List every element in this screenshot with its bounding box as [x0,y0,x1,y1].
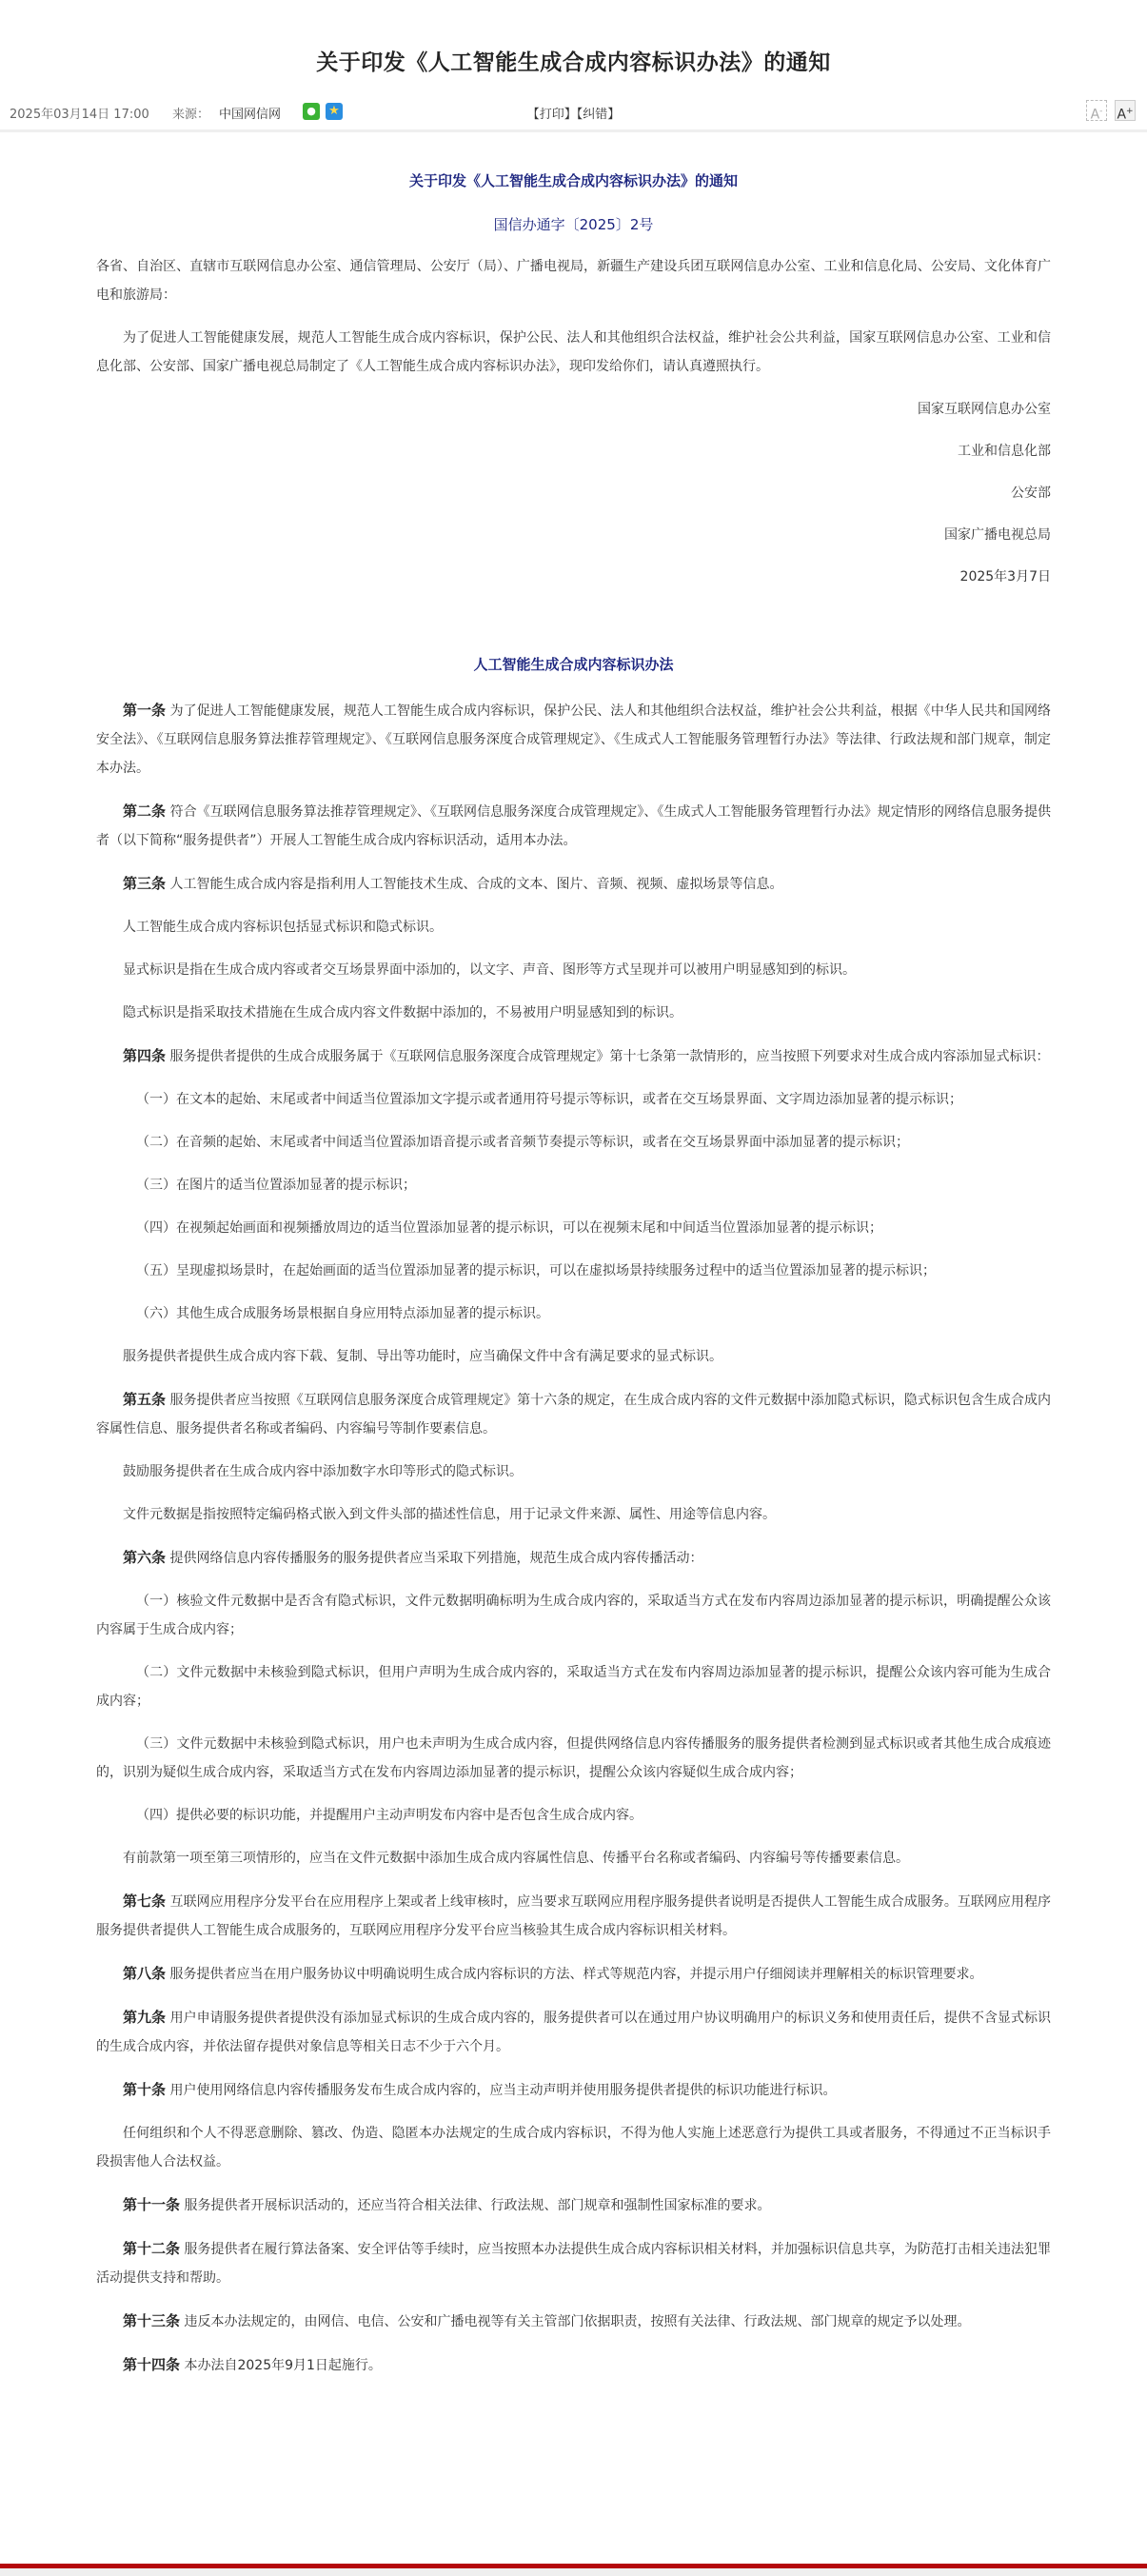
notice-date: 2025年3月7日 [96,563,1051,591]
article-paragraph: 第十三条 违反本办法规定的，由网信、电信、公安和广播电视等有关主管部门依据职责，… [96,2307,1051,2336]
article-list-item: （五）呈现虚拟场景时，在起始画面的适当位置添加显著的提示标识，可以在虚拟场景持续… [96,1257,1051,1285]
article-text: 文件元数据是指按照特定编码格式嵌入到文件头部的描述性信息，用于记录文件来源、属性… [123,1507,776,1522]
qzone-icon[interactable]: ★ [326,103,343,120]
article-list-item: （一）核验文件元数据中是否含有隐式标识，文件元数据明确标明为生成合成内容的，采取… [96,1587,1051,1644]
article-text: （一）在文本的起始、末尾或者中间适当位置添加文字提示或者通用符号提示等标识，或者… [136,1092,962,1107]
article-text: 隐式标识是指采取技术措施在生成合成内容文件数据中添加的，不易被用户明显感知到的标… [123,1005,682,1020]
page-title: 关于印发《人工智能生成合成内容标识办法》的通知 [0,45,1147,76]
article-text: （二）在音频的起始、末尾或者中间适当位置添加语音提示或者音频节奏提示等标识，或者… [136,1135,909,1150]
article-label: 第五条 [123,1391,166,1408]
wechat-icon[interactable]: ● [303,103,320,120]
article-text: 人工智能生成合成内容标识包括显式标识和隐式标识。 [123,920,443,935]
article-label: 第九条 [123,2009,166,2026]
article-text: 服务提供者提供的生成合成服务属于《互联网信息服务深度合成管理规定》第十七条第一款… [169,1049,1049,1064]
font-increase-button[interactable]: A+ [1115,100,1136,121]
article-paragraph: 第六条 提供网络信息内容传播服务的服务提供者应当采取下列措施，规范生成合成内容传… [96,1543,1051,1573]
font-increase-label: A [1117,108,1126,123]
article-label: 第八条 [123,1965,166,1982]
article-text: 符合《互联网信息服务算法推荐管理规定》、《互联网信息服务深度合成管理规定》、《生… [96,804,1051,848]
print-link[interactable]: 【打印】 [527,108,577,122]
article-text: 互联网应用程序分发平台在应用程序上架或者上线审核时，应当要求互联网应用程序服务提… [96,1894,1051,1938]
article-list-item: （二）文件元数据中未核验到隐式标识，但用户声明为生成合成内容的，采取适当方式在发… [96,1658,1051,1715]
article-paragraph: 第十一条 服务提供者开展标识活动的，还应当符合相关法律、行政法规、部门规章和强制… [96,2190,1051,2220]
article-list-item: （二）在音频的起始、末尾或者中间适当位置添加语音提示或者音频节奏提示等标识，或者… [96,1128,1051,1157]
article-text: （三）在图片的适当位置添加显著的提示标识； [136,1178,416,1193]
article-text: （四）在视频起始画面和视频播放周边的适当位置添加显著的提示标识，可以在视频末尾和… [136,1220,882,1236]
article-paragraph: 第九条 用户申请服务提供者提供没有添加显式标识的生成合成内容的，服务提供者可以在… [96,2003,1051,2061]
article-text: 有前款第一项至第三项情形的，应当在文件元数据中添加生成合成内容属性信息、传播平台… [123,1851,909,1866]
article-label: 第二条 [123,803,166,820]
article-text: （一）核验文件元数据中是否含有隐式标识，文件元数据明确标明为生成合成内容的，采取… [96,1594,1051,1637]
article-text: 本办法自2025年9月1日起施行。 [184,2358,381,2373]
article-text: 提供网络信息内容传播服务的服务提供者应当采取下列措施，规范生成合成内容传播活动： [169,1551,702,1566]
article-paragraph: 第二条 符合《互联网信息服务算法推荐管理规定》、《互联网信息服务深度合成管理规定… [96,797,1051,855]
article-label: 第三条 [123,875,166,892]
article-text: 为了促进人工智能健康发展，规范人工智能生成合成内容标识，保护公民、法人和其他组织… [96,703,1051,776]
article-meta-bar: 2025年03月14日 17:00 来源： 中国网信网 ● ★ 【打印】【纠错】… [0,99,1147,126]
article-label: 第一条 [123,702,166,719]
article-subparagraph: 鼓励服务提供者在生成合成内容中添加数字水印等形式的隐式标识。 [96,1457,1051,1486]
signatory: 公安部 [96,479,1051,507]
article-paragraph: 第十二条 服务提供者在履行算法备案、安全评估等手续时，应当按照本办法提供生成合成… [96,2234,1051,2292]
article-label: 第六条 [123,1549,166,1566]
article-paragraph: 第五条 服务提供者应当按照《互联网信息服务深度合成管理规定》第十六条的规定，在生… [96,1385,1051,1443]
article-subparagraph: 文件元数据是指按照特定编码格式嵌入到文件头部的描述性信息，用于记录文件来源、属性… [96,1500,1051,1529]
signatory: 国家广播电视总局 [96,521,1051,549]
article-list-item: （四）提供必要的标识功能，并提醒用户主动声明发布内容中是否包含生成合成内容。 [96,1801,1051,1830]
article-paragraph: 第四条 服务提供者提供的生成合成服务属于《互联网信息服务深度合成管理规定》第十七… [96,1041,1051,1071]
article-text: （六）其他生成合成服务场景根据自身应用特点添加显著的提示标识。 [136,1306,549,1321]
article-subparagraph: 服务提供者提供生成合成内容下载、复制、导出等功能时，应当确保文件中含有满足要求的… [96,1342,1051,1371]
article-label: 第十三条 [123,2312,180,2329]
article-text: 服务提供者提供生成合成内容下载、复制、导出等功能时，应当确保文件中含有满足要求的… [123,1349,722,1364]
signatory: 国家互联网信息办公室 [96,395,1051,424]
source-name: 中国网信网 [219,104,281,122]
article-text: 人工智能生成合成内容是指利用人工智能技术生成、合成的文本、图片、音频、视频、虚拟… [169,877,782,892]
article-text: 服务提供者开展标识活动的，还应当符合相关法律、行政法规、部门规章和强制性国家标准… [184,2198,770,2213]
article-text: （五）呈现虚拟场景时，在起始画面的适当位置添加显著的提示标识，可以在虚拟场景持续… [136,1263,936,1278]
addressees: 各省、自治区、直辖市互联网信息办公室、通信管理局、公安厅（局）、广播电视局，新疆… [96,252,1051,309]
article-list-item: （三）文件元数据中未核验到隐式标识，用户也未声明为生成合成内容，但提供网络信息内… [96,1730,1051,1787]
article-paragraph: 第十四条 本办法自2025年9月1日起施行。 [96,2350,1051,2380]
article-subparagraph: 有前款第一项至第三项情形的，应当在文件元数据中添加生成合成内容属性信息、传播平台… [96,1844,1051,1873]
article-text: （三）文件元数据中未核验到隐式标识，用户也未声明为生成合成内容，但提供网络信息内… [96,1736,1051,1780]
article-label: 第十条 [123,2081,166,2098]
publish-datetime: 2025年03月14日 17:00 [10,104,149,122]
signatory: 工业和信息化部 [96,437,1051,466]
font-decrease-button[interactable]: A- [1086,100,1107,121]
article-paragraph: 第十条 用户使用网络信息内容传播服务发布生成合成内容的，应当主动声明并使用服务提… [96,2075,1051,2105]
article-text: 用户使用网络信息内容传播服务发布生成合成内容的，应当主动声明并使用服务提供者提供… [169,2083,836,2098]
notice-body: 为了促进人工智能健康发展，规范人工智能生成合成内容标识，保护公民、法人和其他组织… [96,324,1051,381]
article-list-item: （六）其他生成合成服务场景根据自身应用特点添加显著的提示标识。 [96,1299,1051,1328]
article-list-item: （四）在视频起始画面和视频播放周边的适当位置添加显著的提示标识，可以在视频末尾和… [96,1214,1051,1242]
article-label: 第十四条 [123,2356,180,2373]
article-text: 服务提供者在履行算法备案、安全评估等手续时，应当按照本办法提供生成合成内容标识相… [96,2242,1051,2286]
article-text: 鼓励服务提供者在生成合成内容中添加数字水印等形式的隐式标识。 [123,1464,523,1479]
source-label: 来源： [172,104,209,122]
font-decrease-label: A [1091,108,1100,123]
article-paragraph: 第八条 服务提供者应当在用户服务协议中明确说明生成合成内容标识的方法、样式等规范… [96,1959,1051,1989]
article-label: 第四条 [123,1047,166,1064]
article-paragraph: 第七条 互联网应用程序分发平台在应用程序上架或者上线审核时，应当要求互联网应用程… [96,1887,1051,1945]
article-label: 第十二条 [123,2240,180,2257]
footer-gray-band [0,2568,1147,2576]
article-subparagraph: 显式标识是指在生成合成内容或者交互场景界面中添加的，以文字、声音、图形等方式呈现… [96,956,1051,984]
report-error-link[interactable]: 【纠错】 [577,108,621,122]
header-divider [0,129,1147,132]
article-subparagraph: 任何组织和个人不得恶意删除、篡改、伪造、隐匿本办法规定的生成合成内容标识，不得为… [96,2119,1051,2176]
article-text: 违反本办法规定的，由网信、电信、公安和广播电视等有关主管部门依据职责，按照有关法… [184,2314,970,2329]
article-label: 第十一条 [123,2196,180,2213]
article-subparagraph: 隐式标识是指采取技术措施在生成合成内容文件数据中添加的，不易被用户明显感知到的标… [96,999,1051,1027]
article-subparagraph: 人工智能生成合成内容标识包括显式标识和隐式标识。 [96,913,1051,941]
article-text: 显式标识是指在生成合成内容或者交互场景界面中添加的，以文字、声音、图形等方式呈现… [123,962,856,978]
article-text: 任何组织和个人不得恶意删除、篡改、伪造、隐匿本办法规定的生成合成内容标识，不得为… [96,2126,1051,2170]
article-paragraph: 第一条 为了促进人工智能健康发展，规范人工智能生成合成内容标识，保护公民、法人和… [96,696,1051,783]
law-body: 第一条 为了促进人工智能健康发展，规范人工智能生成合成内容标识，保护公民、法人和… [96,696,1051,2380]
article-text: （二）文件元数据中未核验到隐式标识，但用户声明为生成合成内容的，采取适当方式在发… [96,1665,1051,1709]
article-list-item: （一）在文本的起始、末尾或者中间适当位置添加文字提示或者通用符号提示等标识，或者… [96,1085,1051,1114]
document-number: 国信办通字〔2025〕2号 [96,210,1051,239]
article-content: 关于印发《人工智能生成合成内容标识办法》的通知 国信办通字〔2025〕2号 各省… [96,167,1051,2394]
notice-heading: 关于印发《人工智能生成合成内容标识办法》的通知 [96,167,1051,195]
law-title: 人工智能生成合成内容标识办法 [96,650,1051,679]
article-text: 用户申请服务提供者提供没有添加显式标识的生成合成内容的，服务提供者可以在通过用户… [96,2011,1051,2054]
article-text: 服务提供者应当在用户服务协议中明确说明生成合成内容标识的方法、样式等规范内容，并… [169,1967,982,1982]
article-list-item: （三）在图片的适当位置添加显著的提示标识； [96,1171,1051,1199]
article-paragraph: 第三条 人工智能生成合成内容是指利用人工智能技术生成、合成的文本、图片、音频、视… [96,869,1051,899]
article-label: 第七条 [123,1892,166,1910]
article-text: （四）提供必要的标识功能，并提醒用户主动声明发布内容中是否包含生成合成内容。 [136,1808,643,1823]
article-text: 服务提供者应当按照《互联网信息服务深度合成管理规定》第十六条的规定，在生成合成内… [96,1393,1051,1437]
